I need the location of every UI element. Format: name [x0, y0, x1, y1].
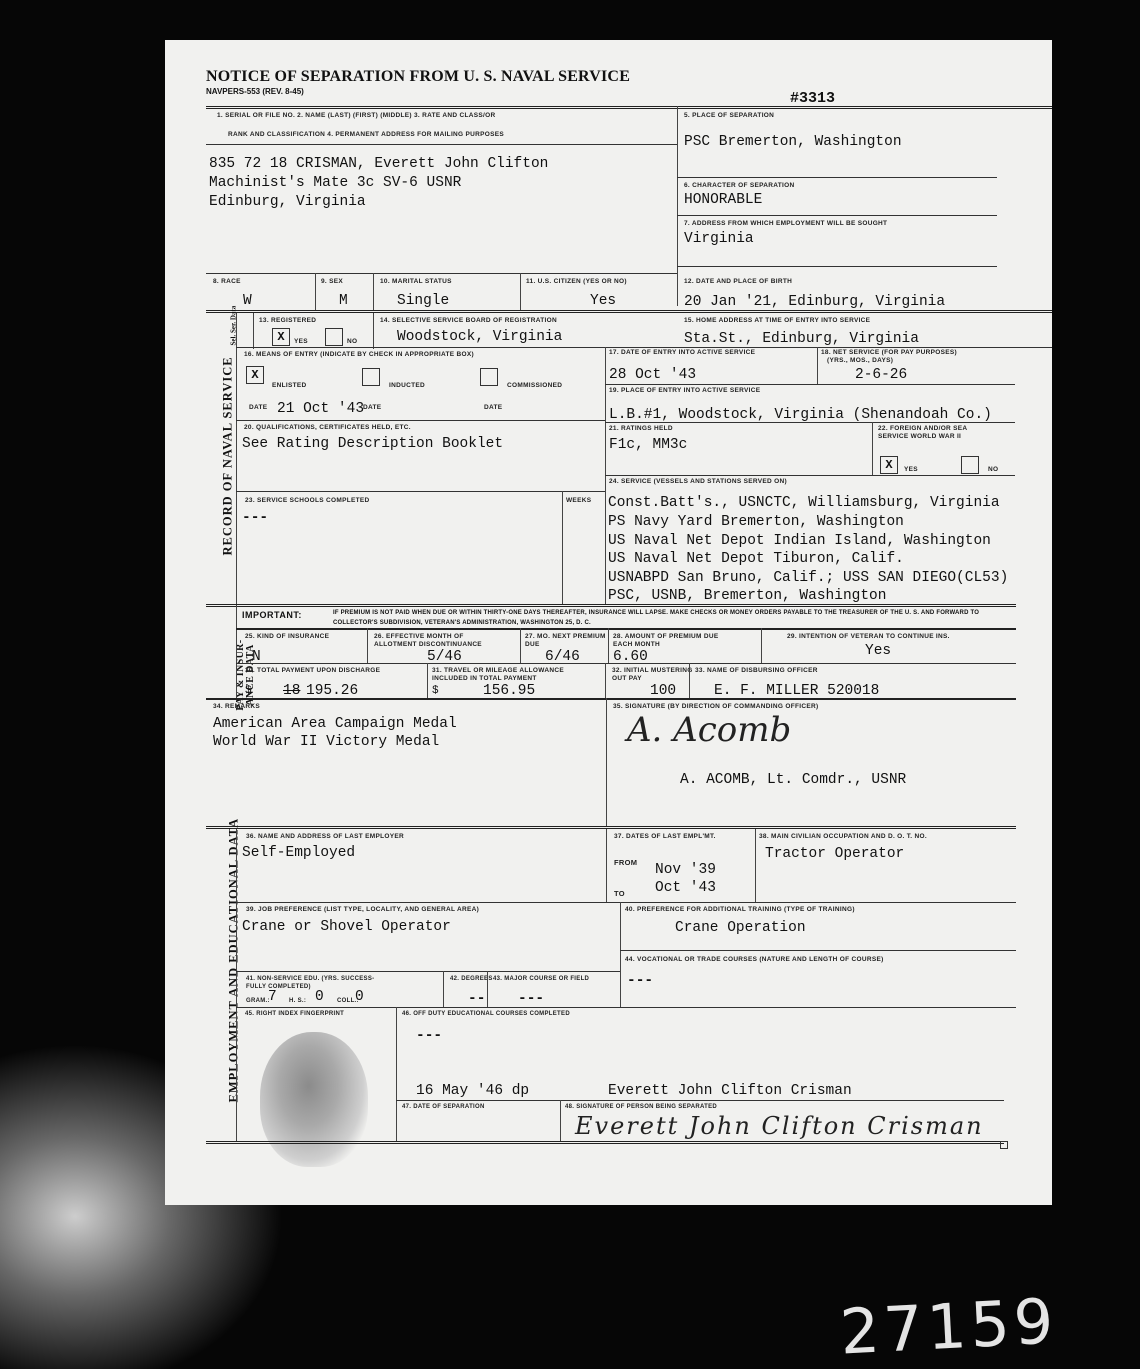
travel-allowance-value: 156.95: [483, 683, 535, 699]
divider: [206, 604, 1016, 607]
label-premium-due: DUE: [525, 641, 540, 648]
label-last-employer: 36. NAME AND ADDRESS OF LAST EMPLOYER: [246, 833, 404, 840]
sel-ser-data-label: Sel. Ser. Data: [231, 316, 238, 346]
separatee-signature: Everett John Clifton Crisman: [575, 1112, 984, 1140]
label-place-of-separation: 5. PLACE OF SEPARATION: [684, 112, 774, 119]
important-label: IMPORTANT:: [242, 610, 302, 620]
label-character-of-separation: 6. CHARACTER OF SEPARATION: [684, 182, 794, 189]
label-no: NO: [347, 338, 357, 345]
divider: [236, 420, 605, 421]
grammar-school-years: 7: [268, 989, 277, 1005]
archive-number: 27159: [838, 1284, 1059, 1368]
home-address-value: Sta.St., Edinburg, Virginia: [684, 331, 919, 347]
divider: [373, 273, 374, 311]
divider: [206, 1141, 1004, 1144]
case-number: #3313: [790, 90, 835, 107]
label-marital-status: 10. MARITAL STATUS: [380, 278, 452, 285]
divider: [206, 106, 1052, 109]
label-yes: YES: [294, 338, 308, 345]
serial-name-line: 835 72 18 CRISMAN, Everett John Clifton: [209, 156, 548, 172]
divider: [520, 273, 521, 311]
label-sex: 9. SEX: [321, 278, 343, 285]
enlisted-date: 21 Oct '43: [277, 401, 364, 417]
divider: [608, 628, 609, 664]
label-selective-board: 14. SELECTIVE SERVICE BOARD OF REGISTRAT…: [380, 317, 557, 324]
enlisted-checkbox[interactable]: X: [246, 366, 264, 384]
separation-notice-page: NOTICE OF SEPARATION FROM U. S. NAVAL SE…: [165, 40, 1052, 1205]
service-station: Const.Batt's., USNCTC, Williamsburg, Vir…: [608, 495, 1000, 511]
label-intention-to-continue: 29. INTENTION OF VETERAN TO CONTINUE INS…: [787, 633, 950, 640]
divider: [443, 971, 444, 1007]
service-station: PS Navy Yard Bremerton, Washington: [608, 514, 904, 530]
divider: [236, 971, 620, 972]
divider: [236, 663, 1016, 664]
label-service-stations: 24. SERVICE (VESSELS AND STATIONS SERVED…: [609, 478, 787, 485]
employment-to-date: Oct '43: [655, 880, 716, 896]
document-title: NOTICE OF SEPARATION FROM U. S. NAVAL SE…: [206, 68, 630, 86]
divider: [689, 663, 690, 699]
divider: [817, 347, 818, 384]
divider: [236, 347, 1052, 348]
label-vocational-courses: 44. VOCATIONAL OR TRADE COURSES (NATURE …: [625, 956, 884, 963]
qualifications-value: See Rating Description Booklet: [242, 436, 503, 452]
label-included-in-total: INCLUDED IN TOTAL PAYMENT: [432, 675, 537, 682]
employment-educational-data-label: EMPLOYMENT AND EDUCATIONAL DATA: [227, 853, 242, 1103]
additional-training-value: Crane Operation: [675, 920, 806, 936]
employment-from-date: Nov '39: [655, 862, 716, 878]
label-premium-amount: 28. AMOUNT OF PREMIUM DUE: [613, 633, 719, 640]
divider: [487, 971, 488, 1007]
label-kind-of-insurance: 25. KIND OF INSURANCE: [245, 633, 329, 640]
label-qualifications: 20. QUALIFICATIONS, CERTIFICATES HELD, E…: [244, 424, 411, 431]
off-duty-courses-value: ---: [416, 1028, 442, 1044]
label-date-commissioned: DATE: [484, 404, 502, 411]
label-separatee-signature: 48. SIGNATURE OF PERSON BEING SEPARATED: [565, 1104, 717, 1110]
label-date-enlisted: DATE: [249, 404, 267, 411]
divider: [620, 902, 621, 1007]
divider: [427, 663, 428, 699]
label-entry-date: 17. DATE OF ENTRY INTO ACTIVE SERVICE: [609, 349, 755, 356]
service-schools-value: ---: [242, 510, 268, 526]
total-payment-value: 195.26: [306, 683, 358, 699]
divider: [562, 491, 563, 605]
service-station: USNABPD San Bruno, Calif.; USS SAN DIEGO…: [608, 570, 1008, 586]
label-registered: 13. REGISTERED: [259, 317, 316, 324]
label-main-occupation: 38. MAIN CIVILIAN OCCUPATION AND D. O. T…: [759, 833, 927, 840]
employment-address: Virginia: [684, 231, 754, 247]
us-citizen-value: Yes: [590, 293, 616, 309]
divider: [605, 475, 1015, 476]
divider: [605, 347, 606, 605]
label-non-service-education-1: 41. NON-SERVICE EDU. (YRS. SUCCESS-: [246, 976, 374, 982]
mustering-pay-value: 100: [650, 683, 676, 699]
divider: [206, 144, 677, 145]
service-station: US Naval Net Depot Tiburon, Calif.: [608, 551, 904, 567]
corner-mark: [1000, 1141, 1008, 1149]
divider: [396, 1100, 1004, 1101]
travel-allowance-currency: $: [432, 685, 439, 697]
label-us-citizen: 11. U.S. CITIZEN (YES OR NO): [526, 278, 627, 285]
label-travel-allowance: 31. TRAVEL OR MILEAGE ALLOWANCE: [432, 667, 564, 674]
label-no: NO: [988, 466, 998, 473]
job-preference-value: Crane or Shovel Operator: [242, 919, 451, 935]
permanent-address: Edinburg, Virginia: [209, 194, 366, 210]
divider: [872, 422, 873, 475]
intention-value: Yes: [865, 643, 891, 659]
inducted-checkbox[interactable]: [362, 368, 380, 386]
divider: [253, 313, 254, 349]
divider: [606, 698, 607, 826]
label-total-payment: 30. TOTAL PAYMENT UPON DISCHARGE: [245, 667, 380, 674]
divider: [206, 826, 1016, 829]
net-service-value: 2-6-26: [855, 367, 907, 383]
label-fields-1-3: 1. SERIAL OR FILE NO. 2. NAME (LAST) (FI…: [217, 112, 495, 119]
label-mustering-pay: 32. INITIAL MUSTERING: [612, 667, 693, 674]
label-dates-last-employment: 37. DATES OF LAST EMPL'MT.: [614, 833, 716, 840]
label-enlisted: ENLISTED: [272, 382, 307, 389]
rate-class-line: Machinist's Mate 3c SV-6 USNR: [209, 175, 461, 191]
divider: [605, 663, 606, 699]
divider: [236, 313, 237, 613]
label-birth: 12. DATE AND PLACE OF BIRTH: [684, 278, 792, 285]
divider: [606, 829, 607, 902]
label-major-course: 43. MAJOR COURSE OR FIELD: [493, 976, 589, 982]
high-school-years: 0: [315, 989, 324, 1005]
divider: [396, 1007, 397, 1141]
remarks-line: World War II Victory Medal: [213, 734, 439, 750]
label-date-of-separation: 47. DATE OF SEPARATION: [402, 1104, 485, 1110]
selective-board-value: Woodstock, Virginia: [397, 329, 562, 345]
separation-date-value: 16 May '46 dp: [416, 1083, 529, 1099]
divider: [236, 491, 605, 492]
fingerprint-image: [260, 1032, 368, 1167]
last-employer-value: Self-Employed: [242, 845, 355, 861]
label-yes: YES: [904, 466, 918, 473]
divider: [761, 628, 762, 664]
label-effective-month: 26. EFFECTIVE MONTH OF: [374, 633, 464, 640]
divider: [206, 698, 1016, 700]
place-of-entry-value: L.B.#1, Woodstock, Virginia (Shenandoah …: [609, 407, 992, 423]
co-signature: A. Acomb: [627, 710, 791, 750]
divider: [236, 628, 1016, 630]
label-fields-3-4: RANK AND CLASSIFICATION 4. PERMANENT ADD…: [228, 131, 504, 138]
entry-date-value: 28 Oct '43: [609, 367, 696, 383]
co-signatory-name: A. ACOMB, Lt. Comdr., USNR: [680, 772, 906, 788]
disbursing-officer-value: E. F. MILLER 520018: [714, 683, 879, 699]
label-disbursing-officer: 33. NAME OF DISBURSING OFFICER: [695, 667, 818, 674]
label-non-service-education-2: FULLY COMPLETED): [246, 984, 311, 990]
record-of-naval-service-label: RECORD OF NAVAL SERVICE: [221, 366, 236, 556]
label-remarks: 34. REMARKS: [213, 703, 260, 710]
registered-no-checkbox[interactable]: [325, 328, 343, 346]
birth-value: 20 Jan '21, Edinburg, Virginia: [684, 294, 945, 310]
label-race: 8. RACE: [213, 278, 241, 285]
divider: [206, 310, 1052, 313]
divider: [236, 606, 237, 699]
label-from: FROM: [614, 858, 637, 867]
remarks-line: American Area Campaign Medal: [213, 716, 457, 732]
important-notice-text: IF PREMIUM IS NOT PAID WHEN DUE OR WITHI…: [333, 608, 1013, 628]
label-fingerprint: 45. RIGHT INDEX FINGERPRINT: [245, 1011, 344, 1017]
label-to: TO: [614, 889, 625, 898]
label-date-inducted: DATE: [363, 404, 381, 411]
divider: [315, 273, 316, 311]
label-employment-address: 7. ADDRESS FROM WHICH EMPLOYMENT WILL BE…: [684, 220, 887, 227]
form-number: NAVPERS-553 (REV. 8-45): [206, 87, 304, 96]
label-additional-training: 40. PREFERENCE FOR ADDITIONAL TRAINING (…: [625, 906, 855, 913]
divider: [236, 902, 1016, 903]
divider: [755, 829, 756, 902]
divider: [520, 628, 521, 664]
divider: [373, 313, 374, 349]
divider: [677, 215, 997, 216]
service-station: US Naval Net Depot Indian Island, Washin…: [608, 533, 991, 549]
divider: [236, 829, 237, 1141]
major-course-value: ---: [518, 991, 544, 1007]
label-co-signature: 35. SIGNATURE (BY DIRECTION OF COMMANDIN…: [613, 703, 818, 710]
label-each-month: EACH MONTH: [613, 641, 660, 648]
label-net-service-units: (YRS., MOS., DAYS): [827, 357, 893, 364]
character-of-separation: HONORABLE: [684, 192, 762, 208]
label-grammar-school: GRAM.:: [246, 998, 270, 1004]
divider: [367, 628, 368, 664]
divider: [677, 177, 997, 178]
label-means-of-entry: 16. MEANS OF ENTRY (INDICATE BY CHECK IN…: [244, 351, 474, 358]
total-payment-currency: $: [245, 685, 252, 697]
degrees-value: --: [468, 991, 485, 1007]
divider: [605, 422, 1015, 423]
label-high-school: H. S.:: [289, 998, 306, 1004]
label-off-duty-courses: 46. OFF DUTY EDUCATIONAL COURSES COMPLET…: [402, 1011, 570, 1017]
college-years: 0: [355, 989, 364, 1005]
label-inducted: INDUCTED: [389, 382, 425, 389]
race-value: W: [243, 293, 252, 309]
divider: [605, 384, 1015, 385]
divider: [620, 950, 1016, 951]
label-service-schools: 23. SERVICE SCHOOLS COMPLETED: [245, 497, 370, 504]
marital-status-value: Single: [397, 293, 449, 309]
divider: [236, 1007, 1016, 1008]
label-place-of-entry: 19. PLACE OF ENTRY INTO ACTIVE SERVICE: [609, 387, 760, 394]
label-foreign-service-1: 22. FOREIGN AND/OR SEA: [878, 425, 967, 432]
place-of-separation: PSC Bremerton, Washington: [684, 134, 902, 150]
ratings-value: F1c, MM3c: [609, 437, 687, 453]
foreign-service-yes-checkbox[interactable]: X: [880, 456, 898, 474]
main-occupation-value: Tractor Operator: [765, 846, 904, 862]
label-weeks: WEEKS: [566, 497, 591, 504]
label-commissioned: COMMISSIONED: [507, 382, 562, 389]
divider: [206, 273, 677, 274]
foreign-service-no-checkbox[interactable]: [961, 456, 979, 474]
divider: [560, 1100, 561, 1141]
total-payment-struck: 18: [283, 683, 300, 699]
registered-yes-checkbox[interactable]: X: [272, 328, 290, 346]
sex-value: M: [339, 293, 348, 309]
label-next-premium: 27. MO. NEXT PREMIUM: [525, 633, 606, 640]
vocational-courses-value: ---: [627, 973, 653, 989]
label-ratings: 21. RATINGS HELD: [609, 425, 673, 432]
commissioned-checkbox[interactable]: [480, 368, 498, 386]
divider: [677, 266, 997, 267]
label-job-preference: 39. JOB PREFERENCE (LIST TYPE, LOCALITY,…: [246, 906, 479, 913]
typed-separatee-name: Everett John Clifton Crisman: [608, 1083, 852, 1099]
label-home-address: 15. HOME ADDRESS AT TIME OF ENTRY INTO S…: [684, 317, 870, 324]
label-net-service: 18. NET SERVICE (FOR PAY PURPOSES): [821, 349, 957, 356]
divider: [677, 106, 678, 306]
label-allotment-discontinuance: ALLOTMENT DISCONTINUANCE: [374, 641, 482, 648]
service-station: PSC, USNB, Bremerton, Washington: [608, 588, 886, 604]
label-foreign-service-2: SERVICE WORLD WAR II: [878, 433, 961, 440]
label-out-pay: OUT PAY: [612, 675, 642, 682]
